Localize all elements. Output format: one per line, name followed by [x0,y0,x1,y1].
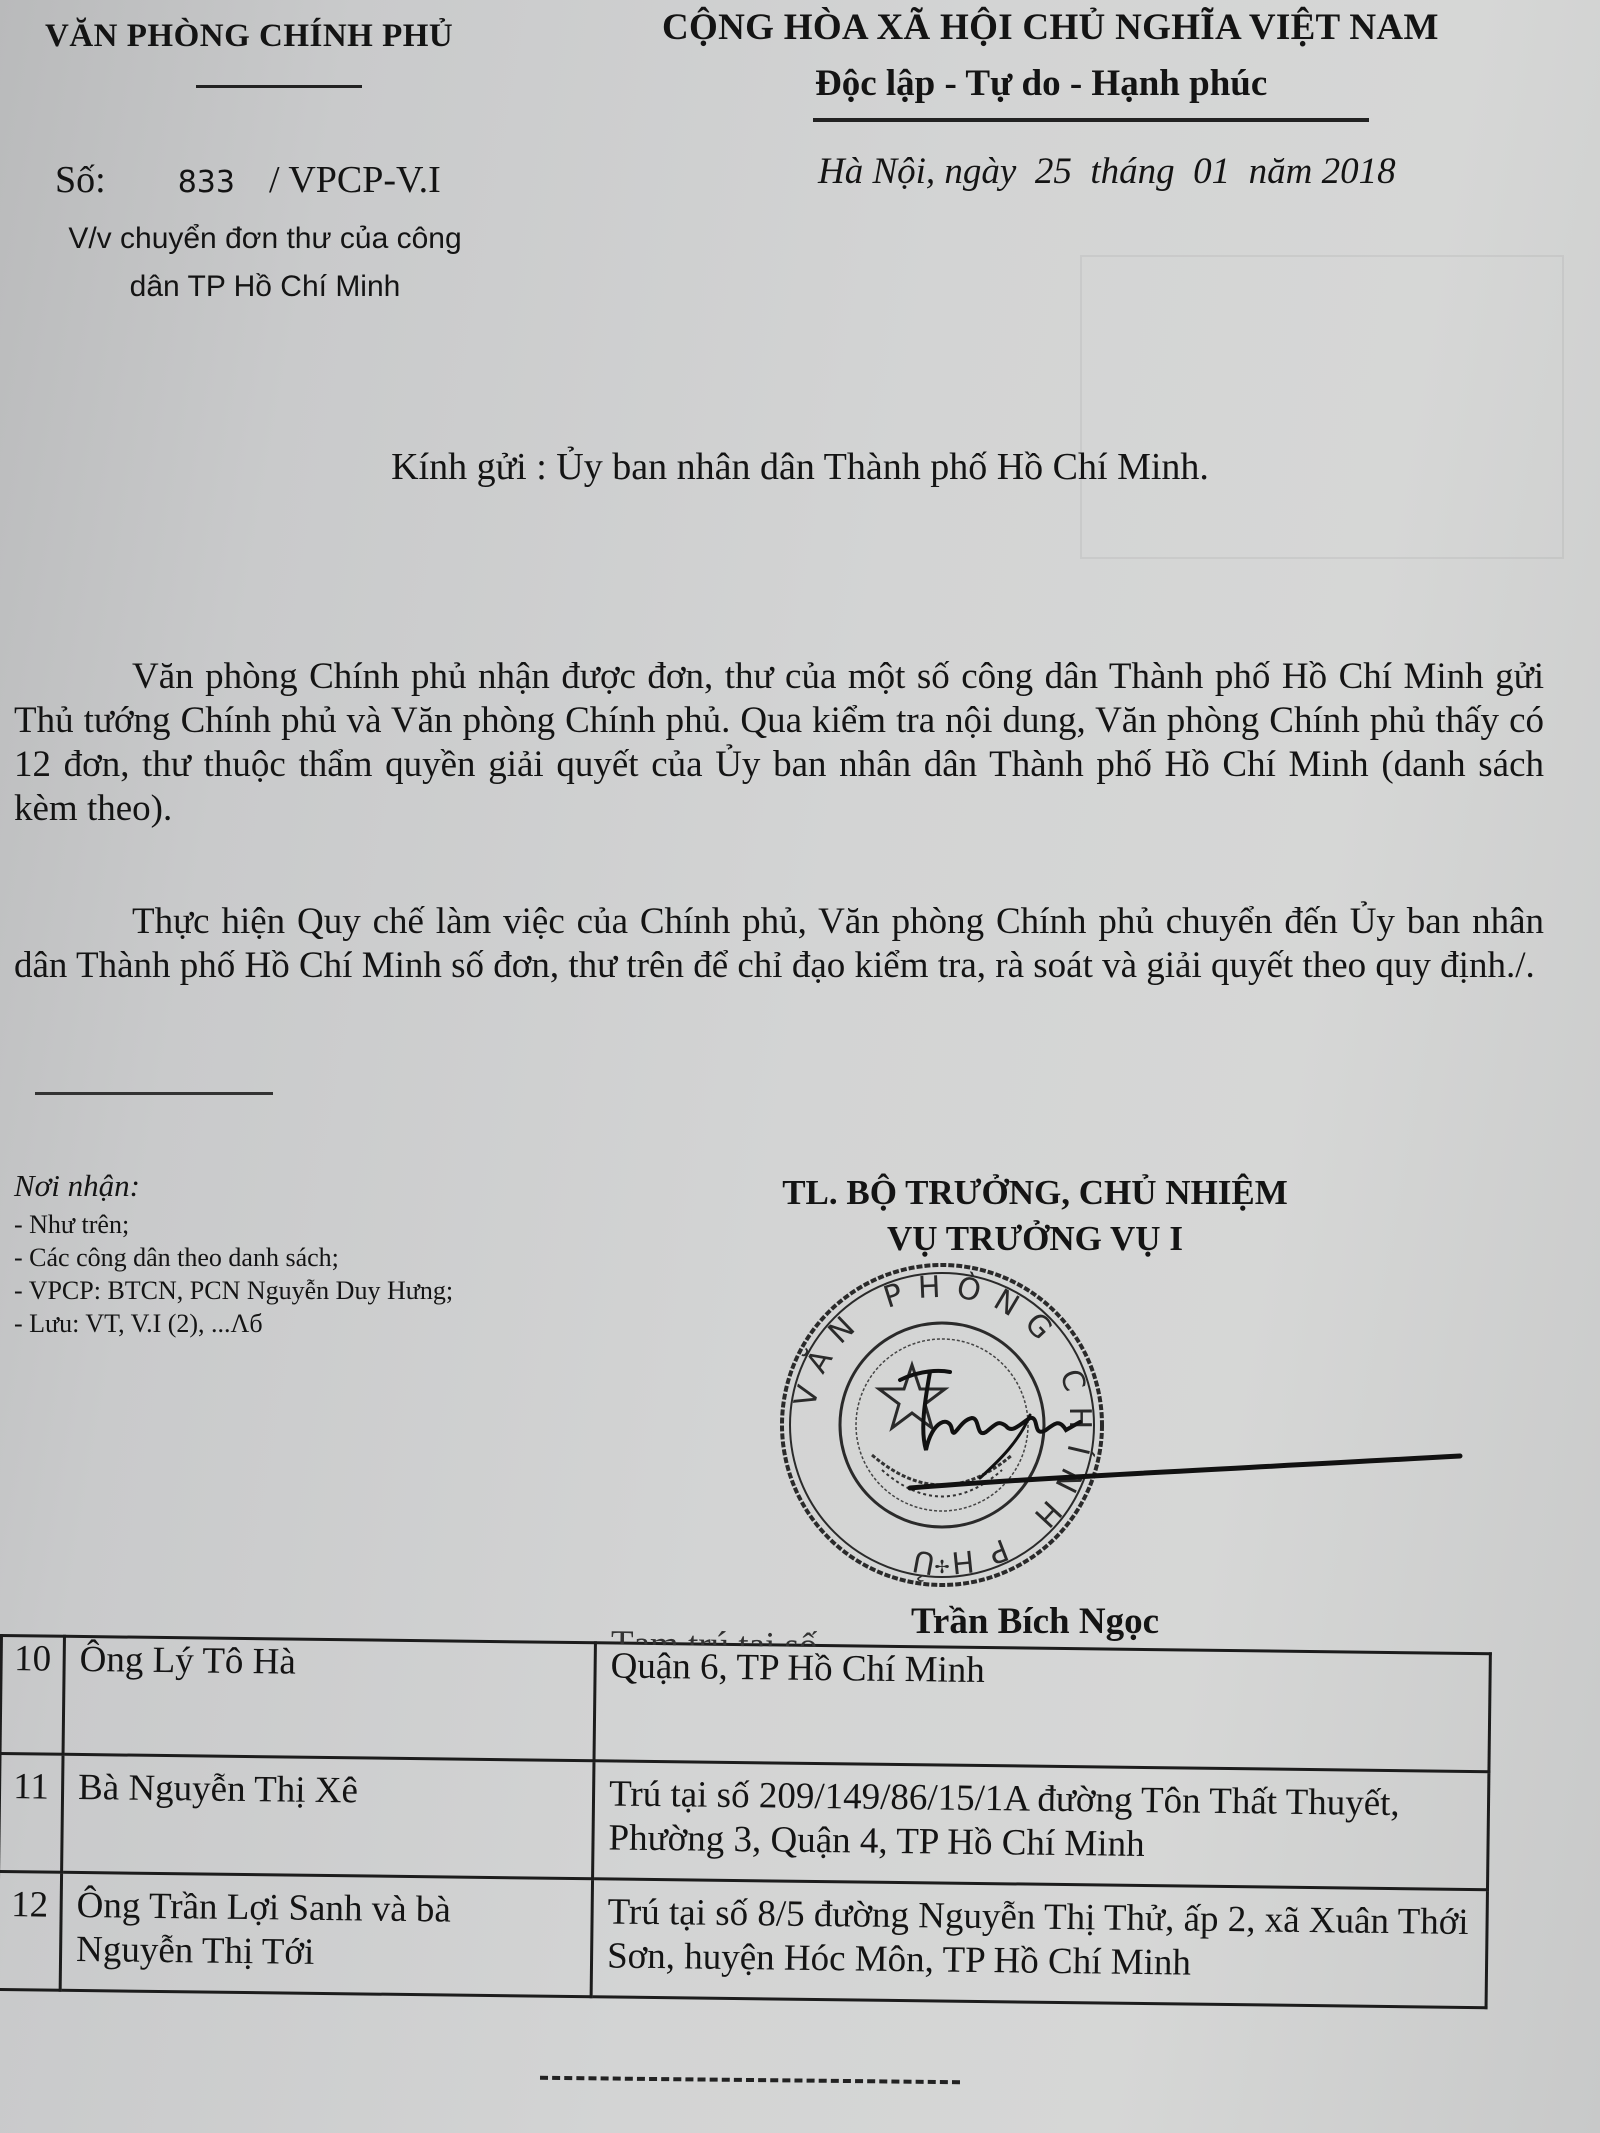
national-motto: Độc lập - Tự do - Hạnh phúc [815,62,1267,105]
year-label: năm [1249,151,1313,192]
month-label: tháng [1090,151,1174,192]
row-number: 11 [0,1754,63,1873]
document-number: Số:833/ VPCP-V.I [55,158,441,202]
recipients-list: Nơi nhận: - Như trên; - Các công dân the… [14,1168,453,1340]
row-name: Ông Trần Lợi Sanh và bà Nguyễn Thị Tới [60,1872,592,1996]
document-subject: V/v chuyển đơn thư của công dân TP Hồ Ch… [40,215,490,311]
body-paragraph-1: Văn phòng Chính phủ nhận được đơn, thư c… [14,655,1544,831]
table-row: 12 Ông Trần Lợi Sanh và bà Nguyễn Thị Tớ… [0,1872,1487,2008]
table-row: 11 Bà Nguyễn Thị Xê Trú tại số 209/149/8… [0,1754,1489,1890]
bleed-through-table-ghost [1080,255,1564,559]
signatory-line-1: TL. BỘ TRƯỞNG, CHỦ NHIỆM [700,1170,1370,1216]
date-year: 2018 [1322,151,1396,192]
recipient-item: - Các công dân theo danh sách; [14,1241,453,1274]
row-name: Bà Nguyễn Thị Xê [62,1754,594,1878]
signatory-title: TL. BỘ TRƯỞNG, CHỦ NHIỆM VỤ TRƯỞNG VỤ I [700,1170,1370,1262]
row-address-text: Quận 6, TP Hồ Chí Minh [610,1645,985,1691]
place: Hà Nội, ngày [818,151,1016,192]
issuing-agency: VĂN PHÒNG CHÍNH PHỦ [45,18,453,55]
row-address: Trú tại số 8/5 đường Nguyễn Thị Thử, ấp … [591,1879,1487,2008]
row-number: 12 [0,1872,62,1991]
recipient-item: - Như trên; [14,1208,453,1241]
recipients-separator [35,1092,273,1095]
addressee-line: Kính gửi : Ủy ban nhân dân Thành phố Hồ … [0,445,1600,489]
handwritten-signature-icon [880,1360,1480,1500]
recipient-item: - Lưu: VT, V.I (2), ...Λб [14,1307,453,1340]
national-title: CỘNG HÒA XÃ HỘI CHỦ NGHĨA VIỆT NAM [662,6,1439,49]
row-number: 10 [0,1636,64,1755]
place-date: Hà Nội, ngày 25 tháng 01 năm 2018 [818,150,1396,193]
body-paragraph-2: Thực hiện Quy chế làm việc của Chính phủ… [14,900,1544,988]
table-row: 10 Ông Lý Tô Hà Tạm trú tại số ... Quận … [0,1636,1490,1772]
document-number-label: Số: [55,159,106,201]
date-day: 25 [1035,151,1072,192]
motto-underline [813,118,1369,122]
date-month: 01 [1193,151,1230,192]
document-number-suffix: / VPCP-V.I [269,159,441,201]
svg-text:✢: ✢ [934,1557,949,1577]
recipients-title: Nơi nhận: [14,1168,453,1204]
row-address: Tạm trú tại số ... Quận 6, TP Hồ Chí Min… [594,1643,1490,1772]
issuer-underline [196,85,362,88]
attachment-table: 10 Ông Lý Tô Hà Tạm trú tại số ... Quận … [0,1634,1492,2009]
row-name: Ông Lý Tô Hà [63,1636,595,1760]
row-address: Trú tại số 209/149/86/15/1A đường Tôn Th… [593,1761,1489,1890]
document-number-value: 833 [178,165,235,200]
recipient-item: - VPCP: BTCN, PCN Nguyễn Duy Hưng; [14,1274,453,1307]
end-of-list-dashed-rule [540,2076,960,2084]
